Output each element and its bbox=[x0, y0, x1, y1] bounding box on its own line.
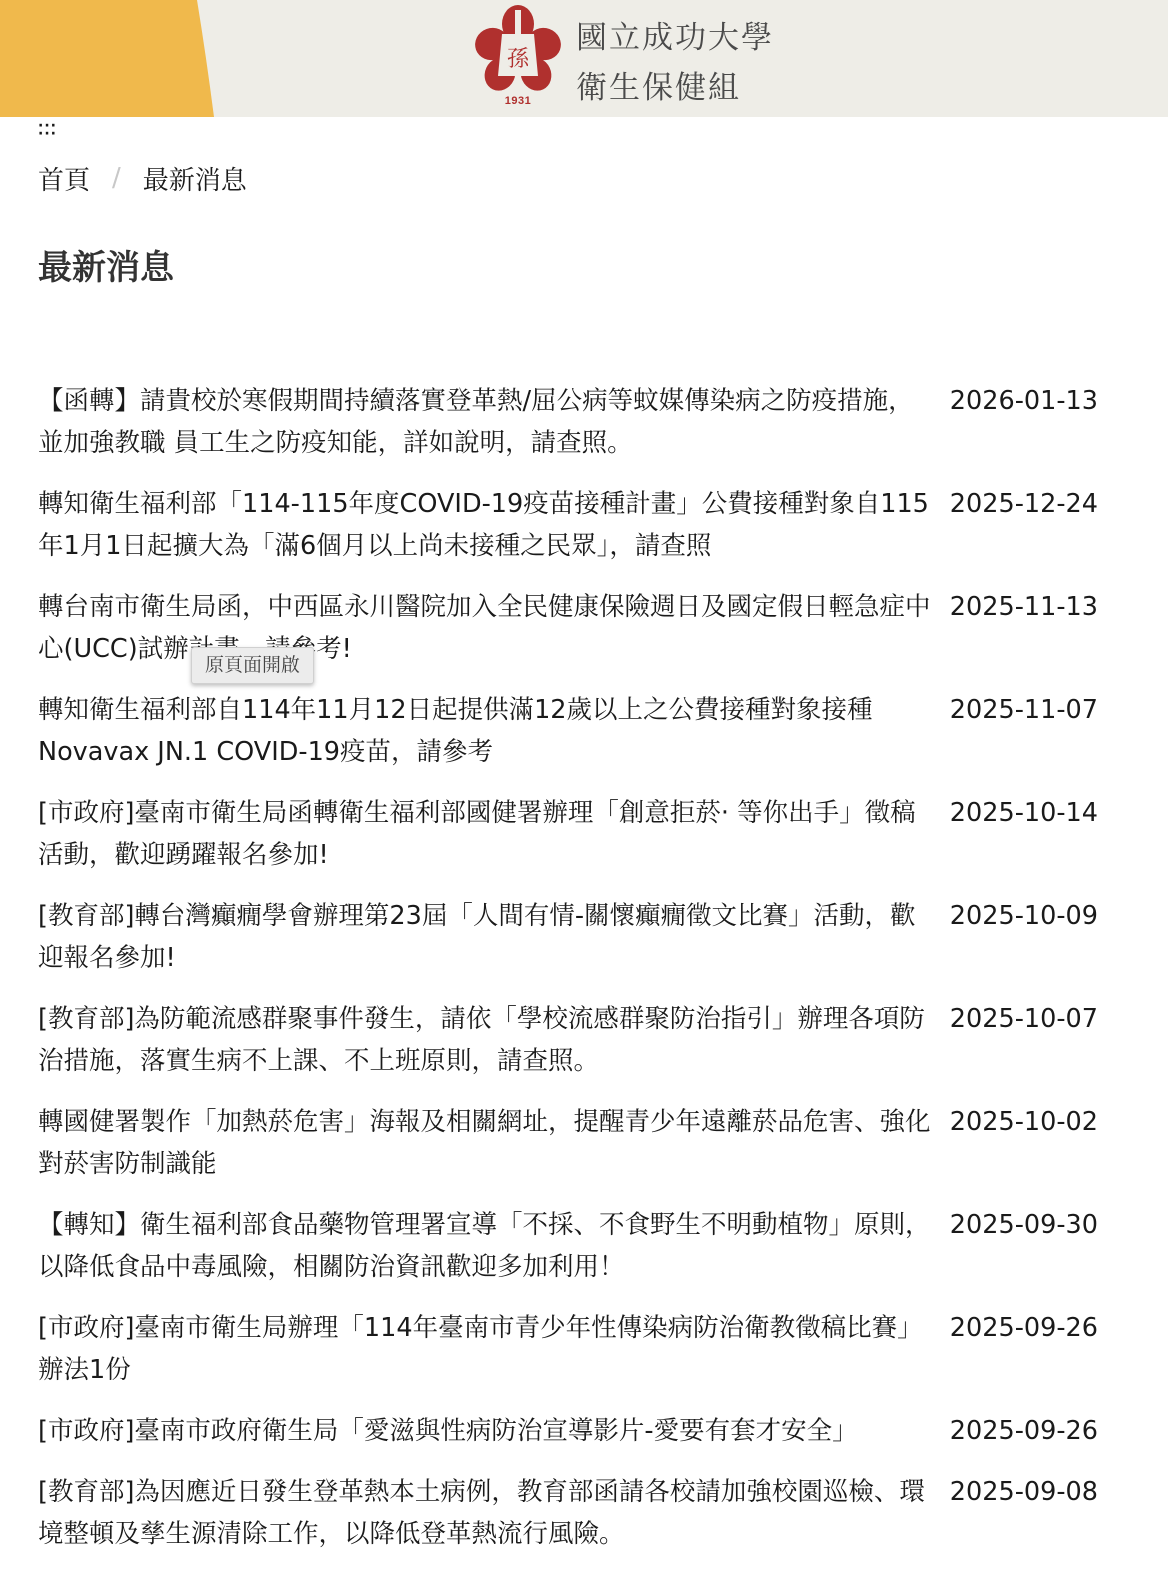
breadcrumb-home-link[interactable]: 首頁 bbox=[38, 160, 90, 197]
breadcrumb: 首頁 / 最新消息 bbox=[38, 160, 247, 196]
news-title-link[interactable]: [市政府]臺南市衛生局辦理「114年臺南市青少年性傳染病防治衛教徵稿比賽」辦法1… bbox=[38, 1307, 938, 1391]
news-title-link[interactable]: [教育部]為防範流感群聚事件發生，請依「學校流感群聚防治指引」辦理各項防治措施，… bbox=[38, 998, 938, 1082]
news-title-link[interactable]: 轉國健署製作「加熱菸危害」海報及相關網址，提醒青少年遠離菸品危害、強化對菸害防制… bbox=[38, 1101, 938, 1185]
news-item: [教育部]轉台灣癲癇學會辦理第23屆「人間有情-關懷癲癇徵文比賽」活動，歡迎報名… bbox=[38, 895, 1098, 979]
news-title-link[interactable]: 【轉知】衛生福利部食品藥物管理署宣導「不採、不食野生不明動植物」原則，以降低食品… bbox=[38, 1204, 938, 1288]
news-date: 2025-09-26 bbox=[950, 1307, 1098, 1349]
news-list: 【函轉】請貴校於寒假期間持續落實登革熱/屈公病等蚊媒傳染病之防疫措施，並加強教職… bbox=[38, 380, 1098, 1574]
header-accent-shape bbox=[0, 0, 240, 117]
news-date: 2025-10-09 bbox=[950, 895, 1098, 937]
news-item: 轉知衛生福利部「114-115年度COVID-19疫苗接種計畫」公費接種對象自1… bbox=[38, 483, 1098, 567]
accesskey-anchor[interactable]: ··· ··· bbox=[38, 122, 57, 138]
news-date: 2025-10-02 bbox=[950, 1101, 1098, 1143]
news-title-link[interactable]: [市政府]臺南市政府衛生局「愛滋與性病防治宣導影片-愛要有套才安全」 bbox=[38, 1410, 938, 1452]
news-title-link[interactable]: 轉知衛生福利部自114年11月12日起提供滿12歲以上之公費接種對象接種Nova… bbox=[38, 689, 938, 773]
news-date: 2025-09-30 bbox=[950, 1204, 1098, 1246]
news-title-link[interactable]: 轉知衛生福利部「114-115年度COVID-19疫苗接種計畫」公費接種對象自1… bbox=[38, 483, 938, 567]
news-date: 2025-12-24 bbox=[950, 483, 1098, 525]
page-title: 最新消息 bbox=[38, 240, 174, 289]
site-header: 孫 1931 國立成功大學 衛生保健組 bbox=[0, 0, 1168, 117]
news-date: 2026-01-13 bbox=[950, 380, 1098, 422]
site-logo-link[interactable]: 孫 1931 國立成功大學 衛生保健組 bbox=[472, 4, 792, 112]
news-item: 轉國健署製作「加熱菸危害」海報及相關網址，提醒青少年遠離菸品危害、強化對菸害防制… bbox=[38, 1101, 1098, 1185]
news-date: 2025-10-14 bbox=[950, 792, 1098, 834]
news-item: [市政府]臺南市衛生局函轉衛生福利部國健署辦理「創意拒菸· 等你出手」徵稿活動，… bbox=[38, 792, 1098, 876]
accesskey-dots-row: ··· bbox=[38, 130, 57, 138]
news-date: 2025-11-13 bbox=[950, 586, 1098, 628]
news-title-link[interactable]: 【函轉】請貴校於寒假期間持續落實登革熱/屈公病等蚊媒傳染病之防疫措施，並加強教職… bbox=[38, 380, 938, 464]
news-title-link[interactable]: 轉台南市衛生局函，中西區永川醫院加入全民健康保險週日及國定假日輕急症中心(UCC… bbox=[38, 586, 938, 670]
news-item: 轉知衛生福利部自114年11月12日起提供滿12歲以上之公費接種對象接種Nova… bbox=[38, 689, 1098, 773]
news-title-link[interactable]: [教育部]為因應近日發生登革熱本土病例，教育部函請各校請加強校園巡檢、環境整頓及… bbox=[38, 1471, 938, 1555]
breadcrumb-separator: / bbox=[112, 163, 121, 193]
news-item: [市政府]臺南市政府衛生局「愛滋與性病防治宣導影片-愛要有套才安全」 2025-… bbox=[38, 1410, 1098, 1452]
logo-department-name: 衛生保健組 bbox=[576, 62, 741, 107]
news-date: 2025-09-08 bbox=[950, 1471, 1098, 1513]
logo-university-name: 國立成功大學 bbox=[576, 12, 774, 57]
logo-year: 1931 bbox=[472, 95, 564, 107]
news-date: 2025-10-07 bbox=[950, 998, 1098, 1040]
news-date: 2025-09-26 bbox=[950, 1410, 1098, 1452]
svg-text:孫: 孫 bbox=[507, 47, 530, 72]
news-item: 【函轉】請貴校於寒假期間持續落實登革熱/屈公病等蚊媒傳染病之防疫措施，並加強教職… bbox=[38, 380, 1098, 464]
plum-blossom-emblem-icon: 孫 bbox=[472, 4, 564, 96]
news-item: [教育部]為防範流感群聚事件發生，請依「學校流感群聚防治指引」辦理各項防治措施，… bbox=[38, 998, 1098, 1082]
news-item: [教育部]為因應近日發生登革熱本土病例，教育部函請各校請加強校園巡檢、環境整頓及… bbox=[38, 1471, 1098, 1555]
news-item: 【轉知】衛生福利部食品藥物管理署宣導「不採、不食野生不明動植物」原則，以降低食品… bbox=[38, 1204, 1098, 1288]
open-in-original-page-tooltip: 原頁面開啟 bbox=[191, 647, 314, 684]
news-title-link[interactable]: [教育部]轉台灣癲癇學會辦理第23屆「人間有情-關懷癲癇徵文比賽」活動，歡迎報名… bbox=[38, 895, 938, 979]
news-item: [市政府]臺南市衛生局辦理「114年臺南市青少年性傳染病防治衛教徵稿比賽」辦法1… bbox=[38, 1307, 1098, 1391]
news-date: 2025-11-07 bbox=[950, 689, 1098, 731]
breadcrumb-current-page[interactable]: 最新消息 bbox=[143, 160, 247, 197]
news-title-link[interactable]: [市政府]臺南市衛生局函轉衛生福利部國健署辦理「創意拒菸· 等你出手」徵稿活動，… bbox=[38, 792, 938, 876]
